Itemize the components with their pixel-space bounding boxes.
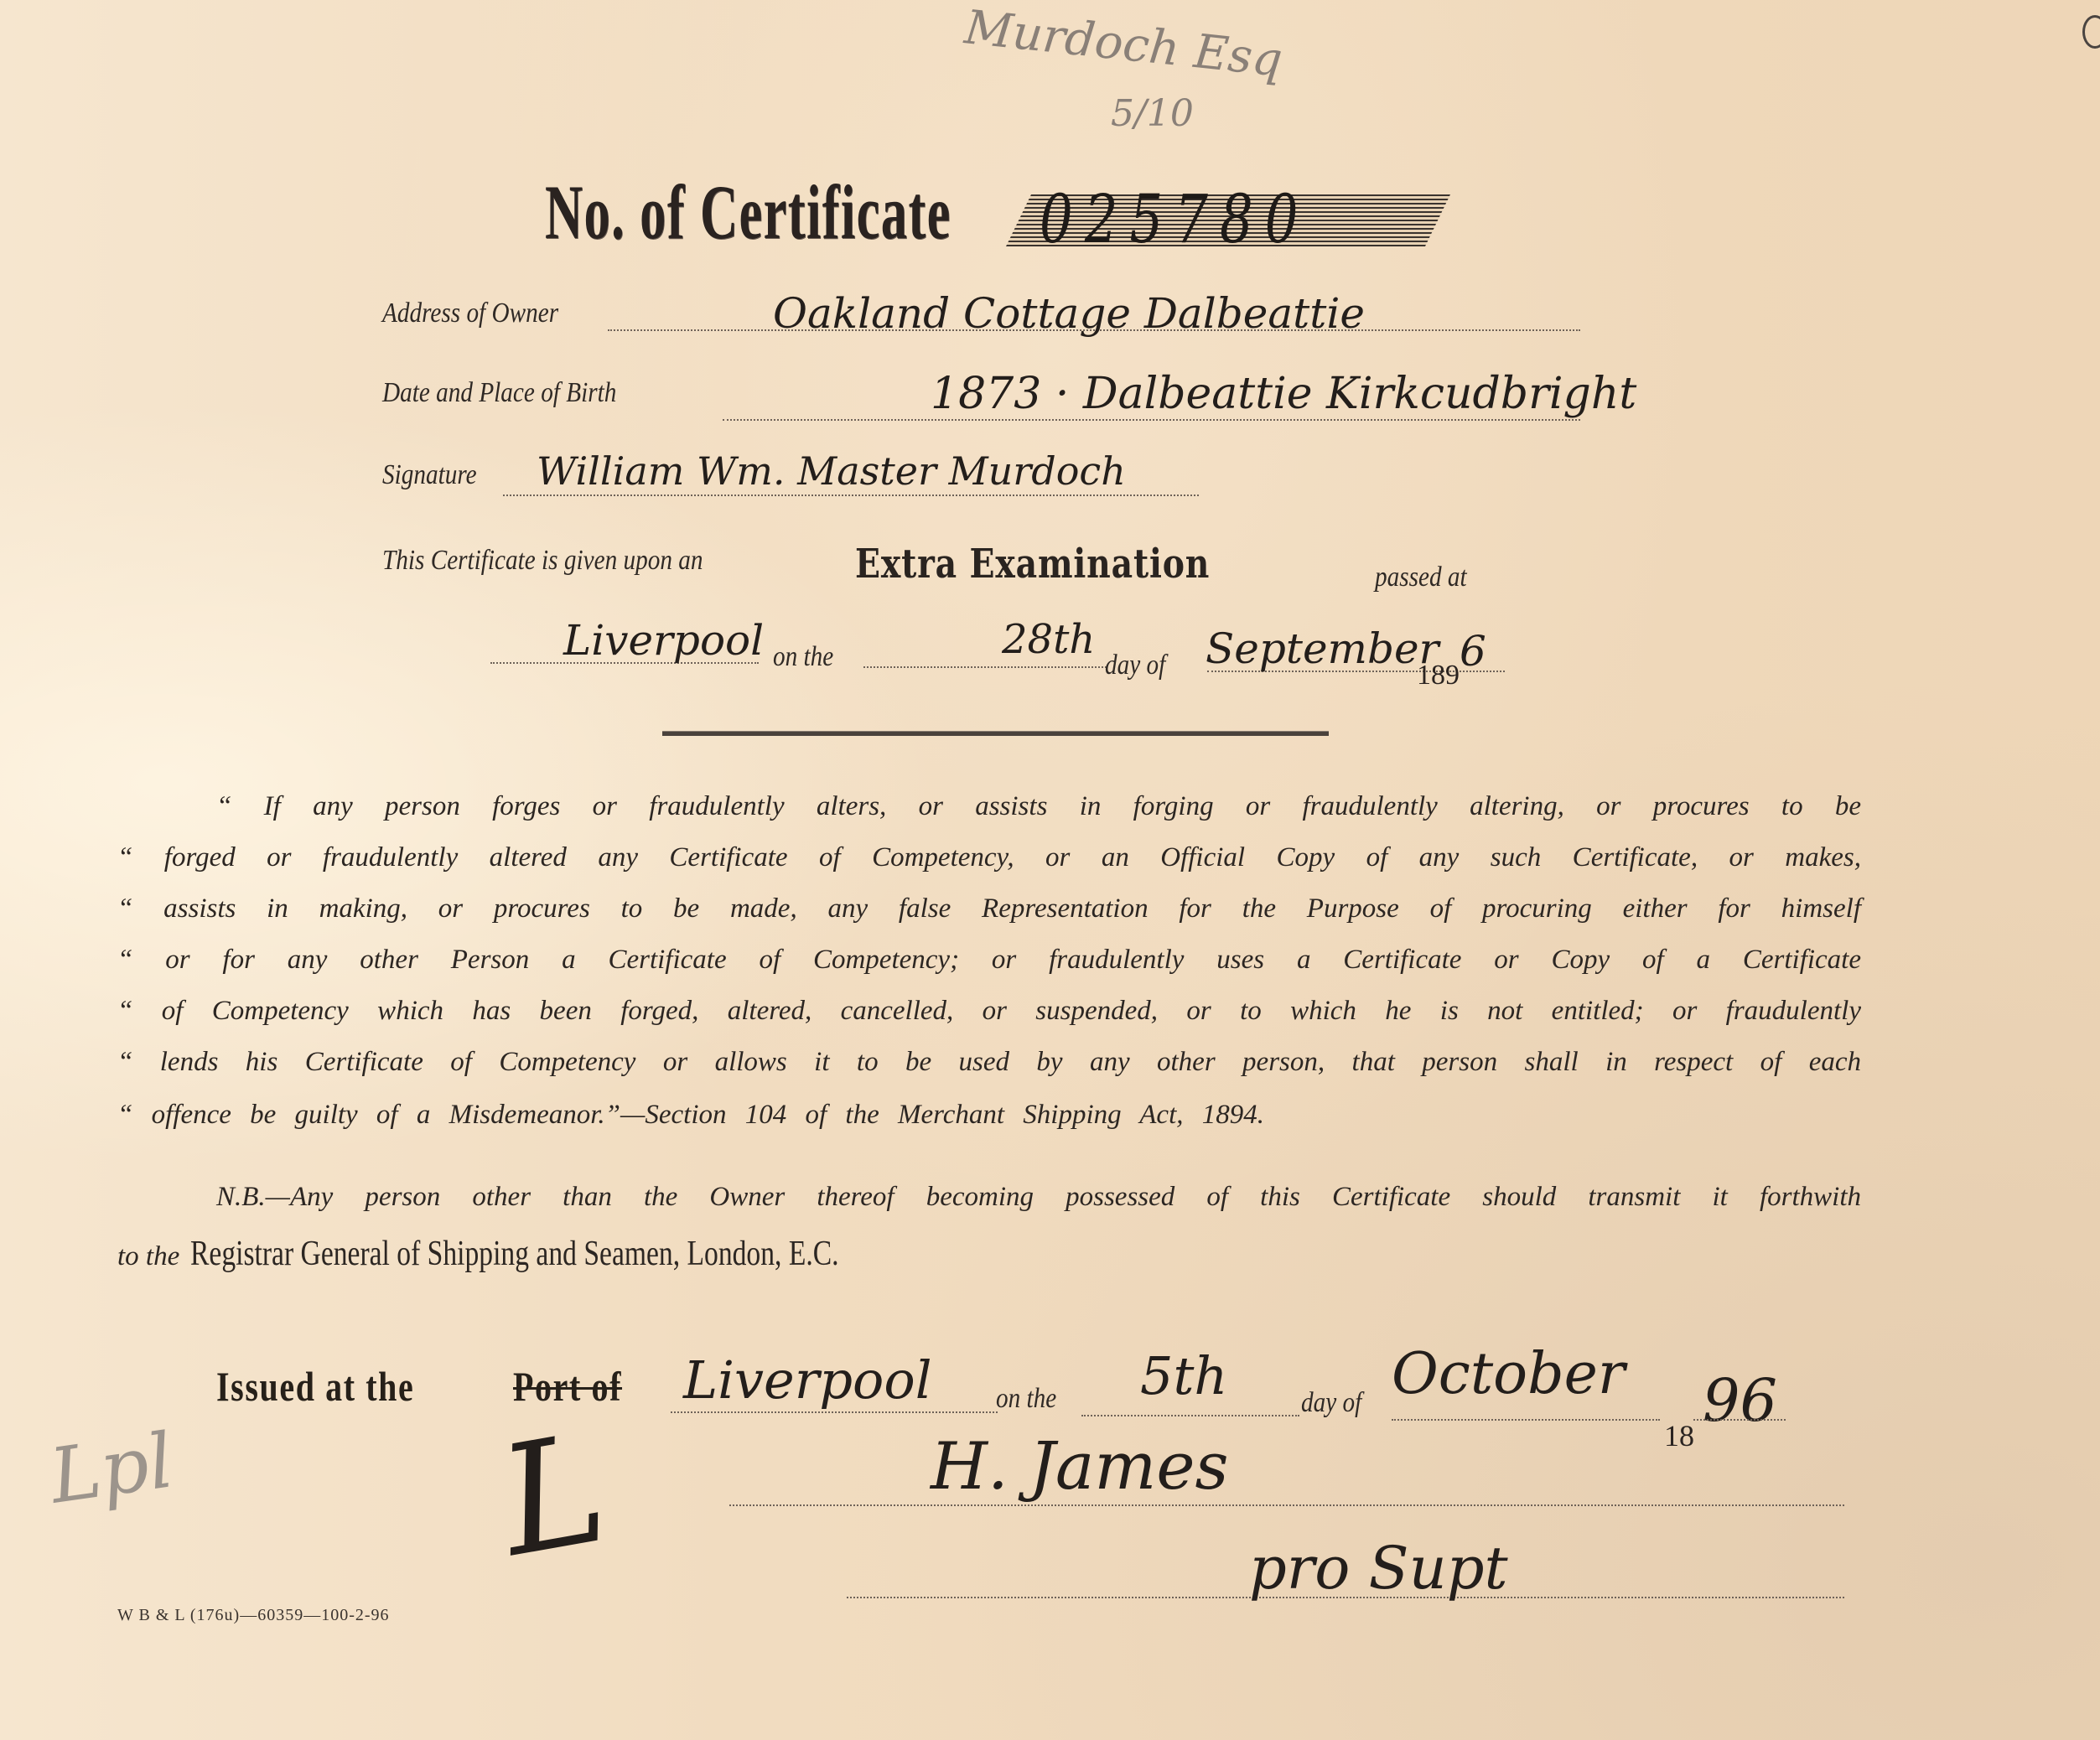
birth-line [723, 419, 1580, 421]
pencil-note-name: Murdoch Esq [962, 0, 1285, 87]
issued-prefix: Issued at the [216, 1362, 414, 1411]
issued-place: Liverpool [683, 1349, 932, 1411]
exam-day-of: day of [1105, 650, 1165, 681]
pencil-note-date: 5/10 [1111, 92, 1194, 135]
issued-line: Issued at the [216, 1362, 464, 1411]
section-divider [662, 731, 1329, 736]
warning-last-line: “ offence be guilty of a Misdemeanor.”—S… [117, 1100, 1264, 1131]
registrar-address: Registrar General of Shipping and Seamen… [190, 1234, 839, 1274]
examination-intro: This Certificate is given upon an [382, 545, 703, 577]
printer-imprint: W B & L (176u)—60359—100-2-96 [117, 1606, 390, 1625]
issued-day-line [1081, 1415, 1299, 1416]
owner-signature: William Wm. Master Murdoch [537, 448, 1126, 494]
birth-value: 1873 · Dalbeattie Kirkcudbright [931, 369, 1636, 419]
issued-year-line [1693, 1419, 1786, 1421]
issued-month-line [1392, 1419, 1660, 1421]
nota-bene-line-1: N.B.—Any person other than the Owner the… [216, 1182, 1861, 1213]
pencil-note-initials: Lpl [44, 1416, 178, 1520]
issued-place-line [671, 1411, 998, 1413]
nota-bene-line-2: to the Registrar General of Shipping and… [117, 1234, 1001, 1274]
warning-line-6: “ lends his Certificate of Competency or… [117, 1047, 1861, 1078]
issued-day: 5th [1140, 1345, 1227, 1406]
exam-year-prefix: 189 [1417, 660, 1460, 691]
certificate-number: 025780 [1040, 180, 1309, 258]
pro-superintendent-signature: pro Supt [1249, 1534, 1508, 1603]
birth-label: Date and Place of Birth [382, 377, 616, 409]
exam-place: Liverpool [563, 616, 764, 665]
registrar-initial-flourish: L [489, 1401, 618, 1591]
issued-month: October [1392, 1341, 1625, 1407]
issued-on-the: on the [996, 1383, 1056, 1415]
warning-line-5: “ of Competency which has been forged, a… [117, 996, 1861, 1027]
address-of-owner-label: Address of Owner [382, 298, 558, 329]
exam-day-line [863, 666, 1107, 668]
issued-year-suffix: 96 [1703, 1366, 1777, 1435]
examination-type: Extra Examination [855, 541, 1210, 588]
issued-day-of: day of [1301, 1387, 1361, 1419]
exam-on-the: on the [773, 641, 833, 673]
warning-line-3: “ assists in making, or procures to be m… [117, 893, 1861, 924]
passed-at-label: passed at [1375, 562, 1467, 593]
exam-year: 1896 [1417, 645, 1486, 694]
edge-ink-mark [2082, 15, 2100, 49]
issued-year: 1896 [1664, 1391, 1777, 1460]
exam-day: 28th [1002, 616, 1095, 663]
warning-line-4: “ or for any other Person a Certificate … [117, 945, 1861, 976]
exam-year-suffix: 6 [1460, 627, 1486, 676]
warning-line-2: “ forged or fraudulently altered any Cer… [117, 842, 1861, 873]
signature-label: Signature [382, 459, 477, 491]
registrar-signature: H. James [931, 1429, 1229, 1504]
exam-month: September [1206, 624, 1439, 673]
issued-year-prefix: 18 [1664, 1419, 1694, 1453]
signature-line [503, 495, 1199, 496]
warning-line-1: “ If any person forges or fraudulently a… [216, 791, 1861, 822]
nota-bene-prefix: to the [117, 1241, 179, 1271]
page-title: No. of Certificate [545, 168, 951, 256]
registrar-signature-line [729, 1504, 1844, 1506]
address-of-owner-value: Oakland Cottage Dalbeattie [773, 289, 1365, 338]
